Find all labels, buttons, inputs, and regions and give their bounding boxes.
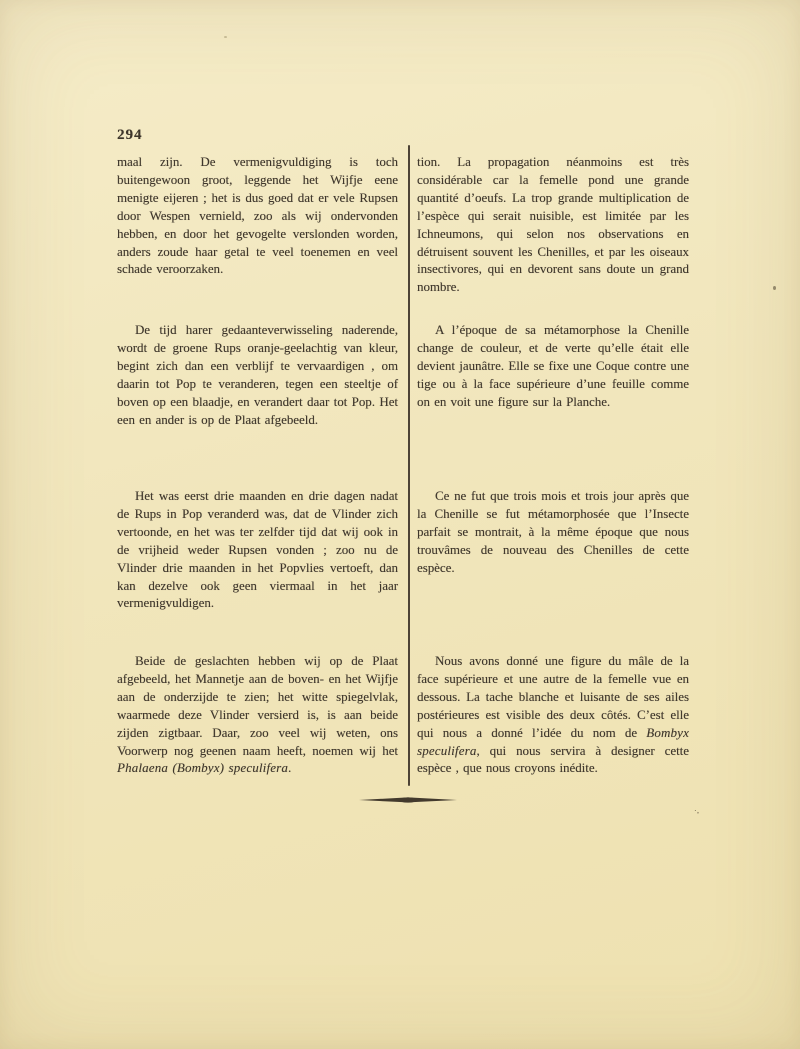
stray-ink-mark: ·, bbox=[693, 806, 699, 816]
species-name-italic: Phalaena (Bombyx) speculifera bbox=[117, 761, 288, 775]
text-run: tion. La propagation néanmoins est très … bbox=[417, 155, 689, 294]
text-run: Beide de geslachten hebben wij op de Pla… bbox=[117, 654, 398, 758]
paragraph: Ce ne fut que trois mois et trois jour a… bbox=[417, 488, 689, 578]
french-column: tion. La propagation néanmoins est très … bbox=[417, 154, 689, 778]
text-run: De tijd harer gedaanteverwisseling nader… bbox=[117, 323, 398, 427]
section-end-rule bbox=[359, 796, 457, 804]
text-run: . bbox=[288, 761, 291, 775]
scanned-book-page: { "page": { "number": "294", "paper_colo… bbox=[0, 0, 800, 1049]
text-run: Het was eerst drie maanden en drie dagen… bbox=[117, 489, 398, 610]
ink-speck bbox=[773, 286, 776, 290]
text-run: maal zijn. De vermenigvuldiging is toch … bbox=[117, 155, 398, 276]
paragraph: A l’époque de sa métamorphose la Chenill… bbox=[417, 322, 689, 412]
paragraph: tion. La propagation néanmoins est très … bbox=[417, 154, 689, 297]
text-run: Ce ne fut que trois mois et trois jour a… bbox=[417, 489, 689, 575]
column-divider-line bbox=[408, 145, 410, 786]
paragraph: Nous avons donné une figure du mâle de l… bbox=[417, 653, 689, 778]
paragraph: Het was eerst drie maanden en drie dagen… bbox=[117, 488, 398, 613]
ink-speck bbox=[224, 36, 227, 38]
dutch-column: maal zijn. De vermenigvuldiging is toch … bbox=[117, 154, 398, 778]
text-run: A l’époque de sa métamorphose la Chenill… bbox=[417, 323, 689, 409]
paragraph: Beide de geslachten hebben wij op de Pla… bbox=[117, 653, 398, 778]
paragraph: maal zijn. De vermenigvuldiging is toch … bbox=[117, 154, 398, 279]
page-number: 294 bbox=[117, 127, 143, 144]
paragraph: De tijd harer gedaanteverwisseling nader… bbox=[117, 322, 398, 429]
